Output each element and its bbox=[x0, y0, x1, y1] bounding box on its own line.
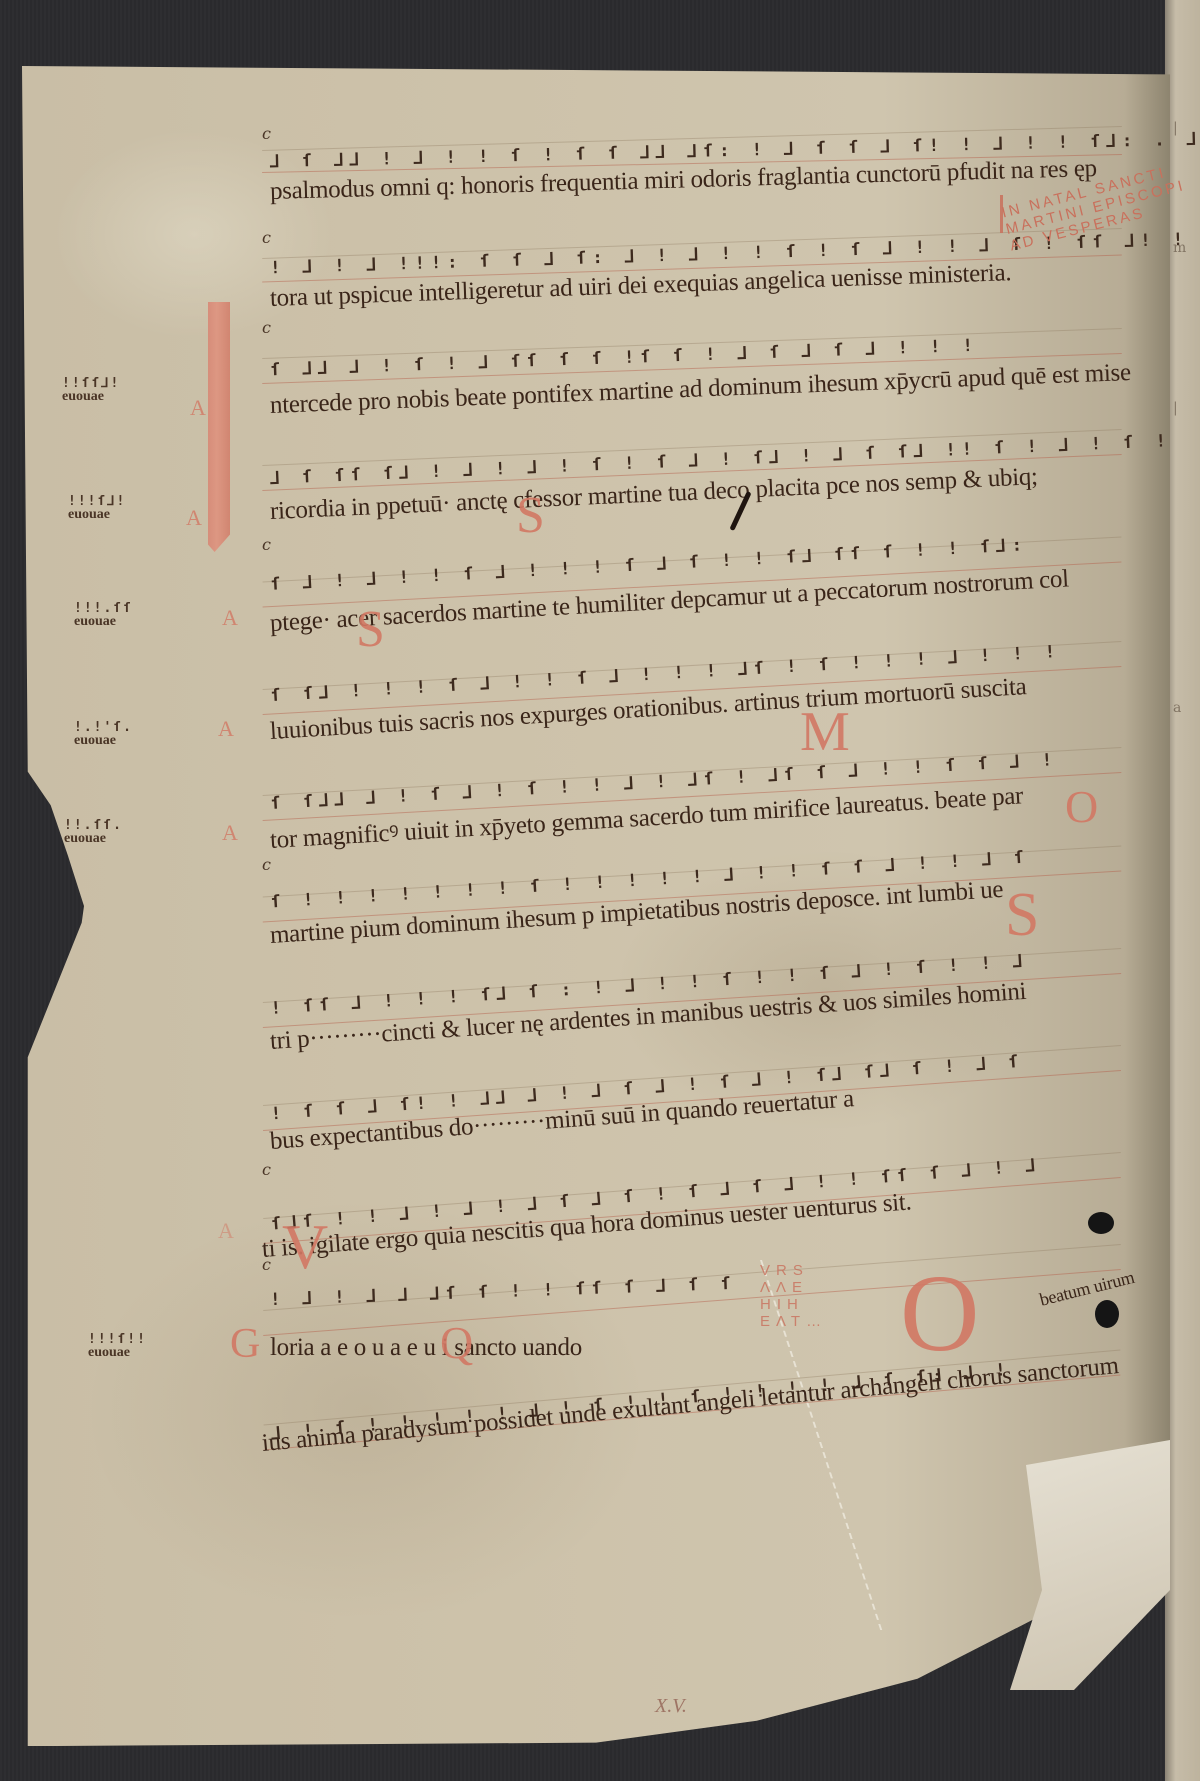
rubric-bar bbox=[1000, 195, 1003, 233]
initial-V: V bbox=[282, 1210, 328, 1284]
margin-cue: !!!.ſſ euouae bbox=[74, 597, 133, 630]
initial-S: S bbox=[356, 600, 385, 659]
initial-I bbox=[208, 302, 230, 552]
initial-G: G bbox=[230, 1320, 260, 1368]
clef-letter: c bbox=[262, 228, 271, 247]
folio-mark: X.V. bbox=[655, 1695, 687, 1718]
initial-Q: Q bbox=[440, 1316, 473, 1369]
margin-cue: !!!ſ⅃! euouae bbox=[68, 490, 126, 523]
antiphon-mark: A bbox=[222, 605, 238, 631]
antiphon-mark: A bbox=[186, 505, 202, 531]
clef-letter: c bbox=[262, 855, 271, 874]
worm-hole bbox=[1095, 1300, 1119, 1328]
margin-cue: !!.ſſ. euouae bbox=[64, 814, 123, 847]
antiphon-mark: A bbox=[218, 716, 234, 742]
margin-cue: !!!ſ!! euouae bbox=[88, 1328, 147, 1361]
antiphon-mark: A bbox=[190, 395, 206, 421]
rubric-block-lower: VRSΛΛΕHIHΕΛΤ… bbox=[760, 1262, 827, 1330]
initial-S: S bbox=[1005, 880, 1039, 951]
initial-O: O bbox=[1065, 780, 1098, 833]
margin-cue: !!ſſ⅃! euouae bbox=[62, 372, 120, 405]
antiphon-mark: A bbox=[218, 1218, 234, 1244]
clef-letter: c bbox=[262, 124, 271, 143]
initial-M: M bbox=[800, 700, 850, 764]
antiphon-mark: A bbox=[222, 820, 238, 846]
clef-letter: c bbox=[262, 1160, 271, 1179]
clef-letter: c bbox=[262, 535, 271, 554]
chant-text-line: loria a e o u a e u i sancto uando bbox=[270, 1334, 582, 1362]
clef-letter: c bbox=[262, 318, 271, 337]
margin-cue: !.!'ſ. euouae bbox=[74, 716, 133, 749]
worm-hole bbox=[1088, 1212, 1114, 1234]
facing-page-edge: | m | a bbox=[1165, 0, 1200, 1781]
initial-S: S bbox=[516, 486, 545, 545]
initial-O: O bbox=[900, 1250, 979, 1377]
